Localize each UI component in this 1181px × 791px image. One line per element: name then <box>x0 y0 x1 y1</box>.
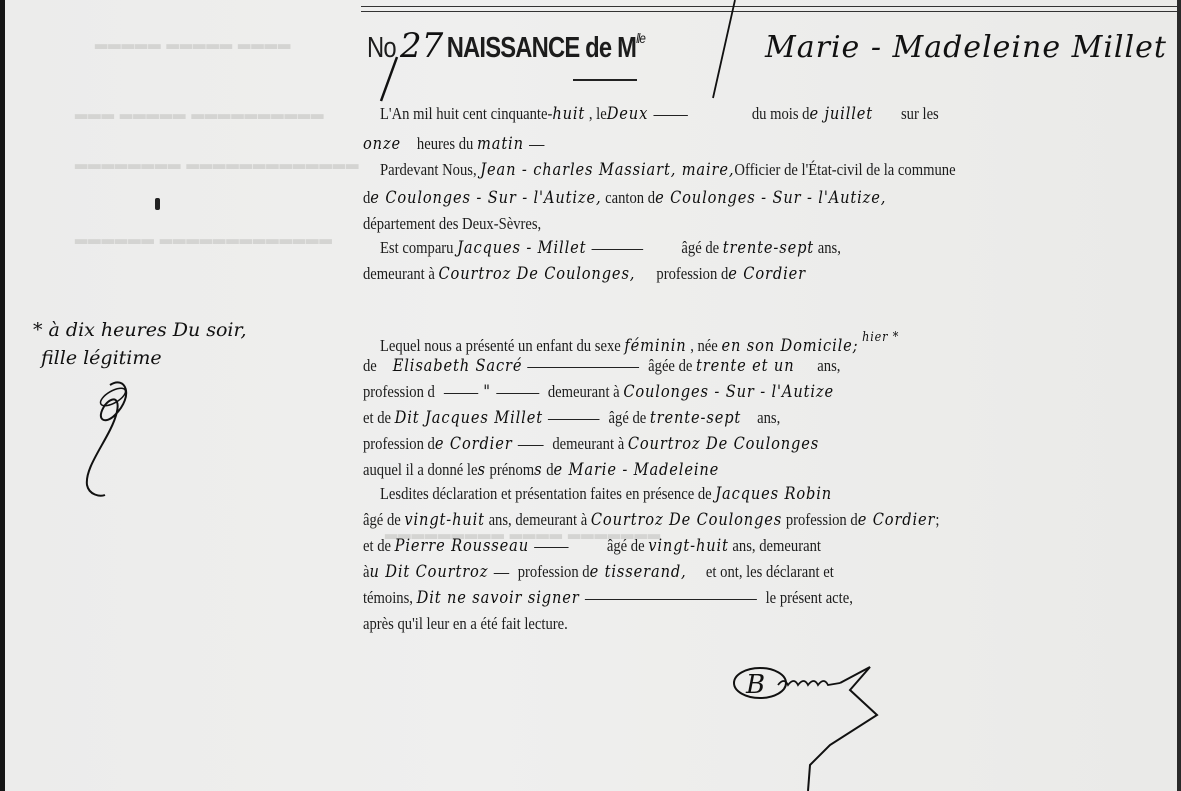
text-line-8: Lequel nous a présenté un enfant du sexe… <box>380 330 899 356</box>
handwritten-time-of-day: matin <box>477 134 524 154</box>
handwritten-witness-2: Pierre Rousseau <box>395 536 529 556</box>
text-line-7: demeurant à Courtroz De Coulonges, profe… <box>363 264 806 284</box>
register-page: ▂▂▂▂▂ ▂▂▂▂▂ ▂▂▂▂ ▂▂▂ ▂▂▂▂▂ ▂▂▂▂▂▂▂▂▂▂ ▂▂… <box>5 0 1177 791</box>
text-line-5: département des Deux-Sèvres, <box>363 214 541 234</box>
handwritten-mother: Elisabeth Sacré <box>393 356 523 376</box>
handwritten-residence: Courtroz De Coulonges <box>591 510 782 530</box>
printed-text: L'An mil huit cent cinquante- <box>380 104 552 123</box>
text-line-18: témoins, Dit ne savoir signer le présent… <box>363 588 853 608</box>
signature-glyph: B <box>745 670 765 700</box>
printed-text: demeurant à <box>363 264 435 283</box>
handwritten-age: trente et un <box>696 356 794 376</box>
handwritten-residence: u Dit Courtroz <box>369 562 488 582</box>
text-line-14: Lesdites déclaration et présentation fai… <box>380 484 832 504</box>
handwritten-profession: e Cordier <box>435 434 513 454</box>
text-line-1: L'An mil huit cent cinquante-huit , leDe… <box>380 104 939 124</box>
printed-text: âgé de <box>681 238 719 257</box>
handwritten-profession: e Cordier <box>858 510 936 530</box>
handwritten-age: trente-sept <box>650 408 741 428</box>
handwritten-profession: e tisserand, <box>590 562 687 582</box>
printed-text: profession d <box>518 562 590 581</box>
handwritten-age: trente-sept <box>723 238 814 258</box>
printed-text: âgée de <box>648 356 692 375</box>
mayor-signature-icon: B <box>730 645 990 791</box>
text-line-9: de Elisabeth Sacré âgée de trente et un … <box>363 356 840 376</box>
handwritten-witness-1: Jacques Robin <box>715 484 832 504</box>
text-line-12: profession de Cordier demeurant à Courtr… <box>363 434 819 454</box>
child-name: Marie - Madeleine Millet <box>765 30 1167 65</box>
printed-text: âgé de <box>607 536 645 555</box>
handwritten-age: vingt-huit <box>404 510 485 530</box>
printed-text: prénom <box>490 460 535 479</box>
number-strikethrough-stroke <box>375 55 405 105</box>
handwritten-day: Deux <box>607 104 648 124</box>
printed-text: demeurant à <box>548 382 620 401</box>
printed-text: de <box>363 356 377 375</box>
text-line-16: et de Pierre Rousseau âgé de vingt-huit … <box>363 536 821 556</box>
printed-text: ans, <box>817 356 840 375</box>
printed-text: et de <box>363 408 391 427</box>
printed-text: et de <box>363 536 391 555</box>
handwritten-residence: Coulonges - Sur - l'Autize <box>623 382 834 402</box>
bleed-through-text: ▂▂▂▂▂ ▂▂▂▂▂ ▂▂▂▂ <box>95 30 291 50</box>
handwritten-canton: e Coulonges - Sur - l'Autize, <box>655 188 886 208</box>
handwritten-ditto: " <box>483 382 491 402</box>
title-honorific: lle <box>636 30 645 46</box>
printed-text: profession d <box>656 264 728 283</box>
printed-text: profession d <box>363 382 435 401</box>
printed-text: après qu'il leur en a été fait lecture. <box>363 614 568 633</box>
text-line-13: auquel il a donné les prénoms de Marie -… <box>363 460 719 480</box>
printed-text: ; <box>935 510 939 529</box>
handwritten-residence: Courtroz De Coulonges <box>628 434 819 454</box>
text-line-3: Pardevant Nous, Jean - charles Massiart,… <box>380 160 956 180</box>
printed-text: âgé de <box>609 408 647 427</box>
printed-text: profession d <box>786 510 858 529</box>
handwritten-father: Dit Jacques Millet <box>395 408 543 428</box>
margin-note-line-2: fille légitime <box>33 344 247 372</box>
printed-text: et ont, les déclarant et <box>706 562 834 581</box>
title-heading: NAISSANCE de M <box>447 32 636 64</box>
text-line-4: de Coulonges - Sur - l'Autize, canton de… <box>363 188 886 208</box>
printed-text: sur les <box>901 104 939 123</box>
name-strikethrough-stroke <box>705 0 745 100</box>
text-line-15: âgé de vingt-huit ans, demeurant à Court… <box>363 510 939 530</box>
handwritten-month: e juillet <box>809 104 873 124</box>
printed-text: , née <box>690 336 718 355</box>
title-underline <box>573 79 637 81</box>
printed-text: auquel il a donné le <box>363 460 477 479</box>
printed-text: âgé de <box>363 510 401 529</box>
printed-text: d <box>363 188 370 207</box>
handwritten-plural-mark: s <box>534 460 542 480</box>
margin-annotation: * à dix heures Du soir, fille légitime <box>33 316 247 372</box>
printed-text: Lesdites déclaration et présentation fai… <box>380 484 712 503</box>
margin-note-line-1: * à dix heures Du soir, <box>33 316 247 344</box>
printed-text: , le <box>589 104 607 123</box>
handwritten-signing-statement: Dit ne savoir signer <box>417 588 580 608</box>
paraph-initials-icon <box>65 375 145 500</box>
printed-text: ans, demeurant à <box>489 510 588 529</box>
handwritten-given-names: e Marie - Madeleine <box>554 460 720 480</box>
handwritten-year: huit <box>552 104 585 124</box>
text-line-19: après qu'il leur en a été fait lecture. <box>363 614 568 634</box>
handwritten-age: vingt-huit <box>648 536 729 556</box>
text-line-6: Est comparu Jacques - Millet âgé de tren… <box>380 238 841 258</box>
printed-text: heures du <box>417 134 473 153</box>
printed-text: département des Deux-Sèvres, <box>363 214 541 233</box>
text-line-17: àu Dit Courtroz profession de tisserand,… <box>363 562 834 582</box>
bleed-through-text: ▂▂▂▂▂▂ ▂▂▂▂▂▂▂▂▂▂▂▂▂ <box>75 225 333 245</box>
record-number: 27 <box>400 26 443 66</box>
printed-text: ans, <box>818 238 841 257</box>
printed-text: profession d <box>363 434 435 453</box>
handwritten-profession: e Cordier <box>728 264 806 284</box>
ink-blot <box>155 198 160 210</box>
handwritten-plural-mark: s <box>477 460 485 480</box>
handwritten-hour: onze <box>363 134 401 154</box>
text-line-10: profession d " demeurant à Coulonges - S… <box>363 382 834 402</box>
handwritten-residence: Courtroz De Coulonges, <box>439 264 636 284</box>
printed-text: canton d <box>605 188 655 207</box>
printed-text: Lequel nous a présenté un enfant du sexe <box>380 336 621 355</box>
printed-text: Pardevant Nous, <box>380 160 477 179</box>
top-double-rule <box>361 6 1179 12</box>
bleed-through-text: ▂▂▂ ▂▂▂▂▂ ▂▂▂▂▂▂▂▂▂▂ <box>75 100 324 120</box>
text-line-2: onze heures du matin <box>363 134 550 154</box>
handwritten-declarant: Jacques - Millet <box>457 238 586 258</box>
scan-right-border <box>1177 0 1181 791</box>
printed-text: ans, demeurant <box>732 536 820 555</box>
handwritten-sex: féminin <box>624 336 686 356</box>
handwritten-insertion-mark: hier * <box>862 330 899 345</box>
text-line-11: et de Dit Jacques Millet âgé de trente-s… <box>363 408 780 428</box>
handwritten-birthplace: en son Domicile; <box>721 336 858 356</box>
printed-text: Est comparu <box>380 238 453 257</box>
printed-text: d <box>546 460 553 479</box>
handwritten-commune: e Coulonges - Sur - l'Autize, <box>370 188 601 208</box>
printed-text: témoins, <box>363 588 413 607</box>
bleed-through-text: ▂▂▂▂▂▂▂▂ ▂▂▂▂▂▂▂▂▂▂▂▂▂ <box>75 150 359 170</box>
printed-text: Officier de l'État-civil de la commune <box>734 160 955 179</box>
printed-text: demeurant à <box>552 434 624 453</box>
printed-text: ans, <box>757 408 780 427</box>
handwritten-officer: Jean - charles Massiart, maire, <box>480 160 734 180</box>
printed-text: le présent acte, <box>766 588 853 607</box>
printed-text: du mois d <box>752 104 810 123</box>
